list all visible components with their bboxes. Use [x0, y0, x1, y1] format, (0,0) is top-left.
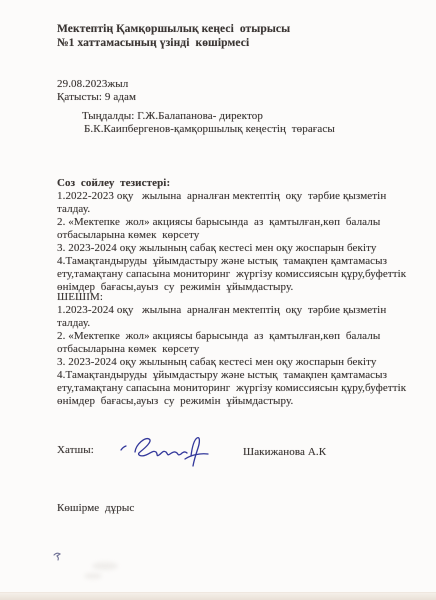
decision-item-continuation: отбасыларына көмек көрсету [57, 343, 417, 356]
heard-line-2: Б.К.Каипбергенов-қамқоршылық кеңестің тө… [84, 123, 335, 136]
scan-edge-band [0, 592, 436, 600]
meta-block: 29.08.2023жыл Қатысты: 9 адам [57, 78, 136, 104]
secretary-name: Шакижанова А.К [243, 446, 326, 459]
document-title: Мектептің Қамқоршылық кеңесі отырысы №1 … [57, 22, 290, 50]
decision-section: ШЕШІМ: 1.2023-2024 оқу жылына арналған м… [57, 291, 417, 408]
stray-pen-mark-icon [52, 550, 66, 562]
scan-smudge [92, 562, 118, 570]
agenda-heading: Соз сойлеу тезистері: [57, 177, 417, 190]
decision-item: 4.Тамақтандыруды ұйымдастыру және ыстық … [57, 369, 417, 382]
decision-item-continuation: ету,тамақтану сапасына мониторинг жүргіз… [57, 382, 417, 395]
decision-item-continuation: өнімдер бағасы,ауыз су режимін ұйымдасты… [57, 395, 417, 408]
heard-line-1: Тыңдалды: Г.Ж.Балапанова- директор [82, 110, 335, 123]
title-line-2: №1 хаттамасының үзінді көшірмесі [57, 36, 290, 50]
agenda-item: 4.Тамақтандыруды ұйымдастыру және ыстық … [57, 255, 417, 268]
agenda-item: 2. «Мектепке жол» акциясы барысында аз қ… [57, 216, 417, 229]
copy-correct-note: Көшірме дұрыс [57, 502, 134, 515]
scan-smudge [84, 573, 102, 579]
agenda-item: 3. 2023-2024 оқу жылының сабақ кестесі м… [57, 242, 417, 255]
attendees-count: Қатысты: 9 адам [57, 91, 136, 104]
secretary-label: Хатшы: [57, 444, 94, 457]
title-line-1: Мектептің Қамқоршылық кеңесі отырысы [57, 22, 290, 36]
scanned-protocol-document: Мектептің Қамқоршылық кеңесі отырысы №1 … [0, 0, 436, 600]
decision-item: 2. «Мектепке жол» акциясы барысында аз қ… [57, 330, 417, 343]
handwritten-signature-icon [115, 426, 215, 474]
agenda-item-continuation: отбасыларына көмек көрсету [57, 229, 417, 242]
heard-block: Тыңдалды: Г.Ж.Балапанова- директор Б.К.К… [82, 110, 335, 136]
decision-item: 3. 2023-2024 оқу жылының сабақ кестесі м… [57, 356, 417, 369]
decision-item: 1.2023-2024 оқу жылына арналған мектепті… [57, 304, 417, 330]
document-date: 29.08.2023жыл [57, 78, 136, 91]
decision-heading: ШЕШІМ: [57, 291, 417, 304]
agenda-section: Соз сойлеу тезистері: 1.2022-2023 оқу жы… [57, 177, 417, 294]
agenda-item-continuation: ету,тамақтану сапасына мониторинг жүргіз… [57, 268, 417, 281]
agenda-item: 1.2022-2023 оқу жылына арналған мектепті… [57, 190, 417, 216]
